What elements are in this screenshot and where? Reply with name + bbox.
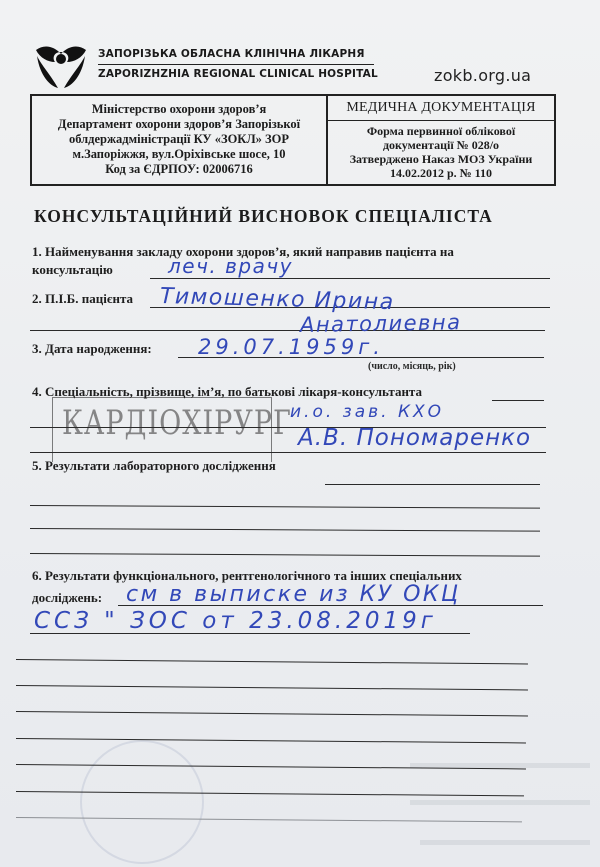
- header-divider: [98, 64, 374, 65]
- hospital-name-ua: ЗАПОРІЗЬКА ОБЛАСНА КЛІНІЧНА ЛІКАРНЯ: [98, 48, 365, 60]
- institution-line: Міністерство охорони здоров’я: [32, 102, 326, 117]
- field-5-line-3: [30, 528, 540, 532]
- ghost-seal: [80, 740, 204, 864]
- ghost-text: [410, 800, 590, 805]
- field-4-value-cont: А.В. Пономаренко: [298, 425, 531, 451]
- institution-line: Код за ЄДРПОУ: 02006716: [32, 162, 326, 177]
- blank-line: [16, 738, 526, 743]
- specialist-stamp-text: КАРДІОХІРУРГ: [62, 404, 292, 443]
- field-3-note: (число, місяць, рік): [368, 361, 456, 372]
- field-2-value-cont: Анатолиевна: [300, 310, 462, 337]
- institution-box: Міністерство охорони здоров’я Департамен…: [30, 94, 326, 186]
- field-1-label-cont: консультацію: [32, 262, 113, 278]
- form-info-box: МЕДИЧНА ДОКУМЕНТАЦІЯ Форма первинної обл…: [326, 94, 556, 186]
- field-4-label: 4. Спеціальність, прізвище, ім’я, по бат…: [32, 384, 422, 400]
- field-4-line-3: [30, 452, 546, 453]
- form-box-heading: МЕДИЧНА ДОКУМЕНТАЦІЯ: [328, 96, 554, 121]
- document-page: ЗАПОРІЗЬКА ОБЛАСНА КЛІНІЧНА ЛІКАРНЯ ZAPO…: [0, 0, 600, 867]
- field-5-label: 5. Результати лабораторного дослідження: [32, 458, 276, 474]
- hospital-logo-icon: [34, 44, 88, 92]
- field-5-line-4: [30, 553, 540, 557]
- blank-line: [16, 685, 528, 690]
- blank-line: [16, 711, 528, 716]
- form-box-line: Затверджено Наказ МОЗ України: [328, 152, 554, 166]
- field-5-line-2: [30, 505, 540, 509]
- form-box-line: Форма первинної облікової: [328, 124, 554, 138]
- ghost-text: [420, 840, 590, 845]
- form-box-line: 14.02.2012 р. № 110: [328, 166, 554, 180]
- website-url: zokb.org.ua: [434, 66, 531, 85]
- hospital-name-en: ZAPORIZHZHIA REGIONAL CLINICAL HOSPITAL: [98, 68, 378, 80]
- field-1-value: леч. врачу: [168, 254, 293, 278]
- field-1-line: [150, 278, 550, 279]
- field-6-label-cont: досліджень:: [32, 590, 102, 606]
- field-5-line: [325, 484, 540, 485]
- institution-line: м.Запоріжжя, вул.Оріхівське шосе, 10: [32, 147, 326, 162]
- document-title: КОНСУЛЬТАЦІЙНИЙ ВИСНОВОК СПЕЦІАЛІСТА: [34, 206, 493, 227]
- field-3-value: 29.07.1959г.: [198, 335, 384, 359]
- field-3-label: 3. Дата народження:: [32, 341, 152, 357]
- institution-line: облдержадміністрації КУ «ЗОКЛ» ЗОР: [32, 132, 326, 147]
- institution-line: Департамент охорони здоров’я Запорізької: [32, 117, 326, 132]
- field-2-value: Тимошенко Ирина: [160, 284, 395, 315]
- field-4-value: и.о. зав. КХО: [290, 402, 444, 422]
- field-6-value: см в выписке из КУ ОКЦ: [126, 582, 461, 607]
- field-2-line-2: [30, 330, 545, 331]
- field-6-value-cont: ССЗ " ЗОС от 23.08.2019г: [34, 608, 437, 634]
- blank-line: [16, 659, 528, 664]
- field-2-label: 2. П.І.Б. пацієнта: [32, 291, 133, 307]
- field-4-line: [492, 400, 544, 401]
- form-box-line: документації № 028/о: [328, 138, 554, 152]
